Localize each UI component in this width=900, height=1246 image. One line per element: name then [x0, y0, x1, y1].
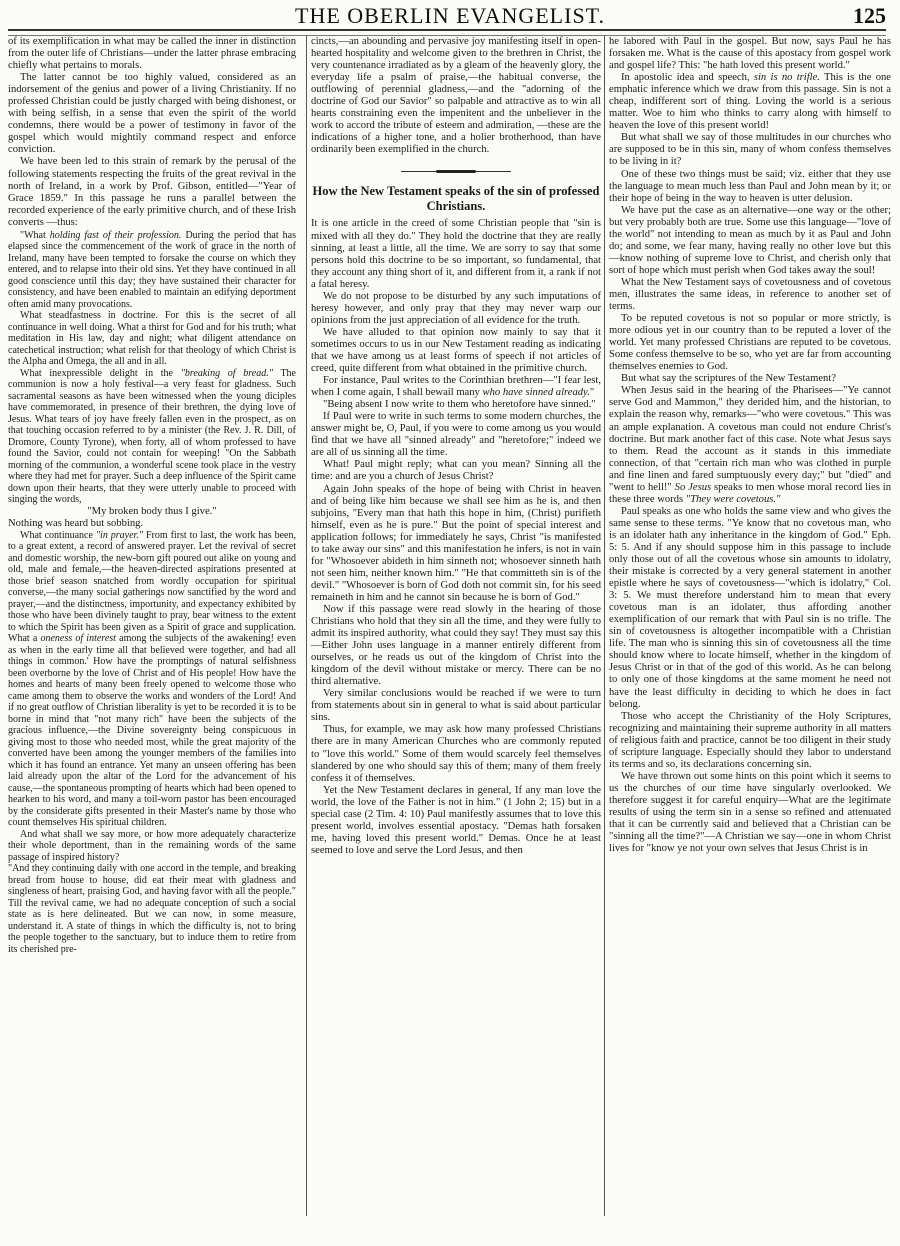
paragraph: Paul speaks as one who holds the same vi… — [609, 506, 891, 711]
paragraph: In apostolic idea and speech, sin is no … — [609, 72, 891, 132]
paragraph: cincts,—an abounding and pervasive joy m… — [311, 36, 601, 156]
text-run: " — [590, 387, 594, 398]
newspaper-title: THE OBERLIN EVANGELIST. — [0, 3, 900, 29]
quoted-paragraph: What inexpressible delight in the "break… — [8, 368, 296, 506]
text-run: When Jesus said in the hearing of the Ph… — [609, 385, 891, 492]
paragraph: Thus, for example, we may ask how many p… — [311, 724, 601, 784]
paragraph: Very similar conclusions would be reache… — [311, 688, 601, 724]
italic-phrase: "breaking of bread." — [181, 368, 273, 379]
paragraph: It is one article in the creed of some C… — [311, 218, 601, 290]
paragraph: "Being absent I now write to them who he… — [311, 399, 601, 411]
paragraph: If Paul were to write in such terms to s… — [311, 411, 601, 459]
text-run: From first to last, the work has been, t… — [8, 530, 296, 645]
paragraph: But what shall we say of those multitude… — [609, 132, 891, 168]
paragraph: The latter cannot be too highly valued, … — [8, 72, 296, 156]
paragraph: he labored with Paul in the gospel. But … — [609, 36, 891, 72]
paragraph: What! Paul might reply; what can you mea… — [311, 459, 601, 483]
section-divider-ornament — [401, 170, 511, 174]
quoted-paragraph: What continuance "in prayer." From first… — [8, 530, 296, 829]
text-run: During the period that has elapsed since… — [8, 230, 296, 310]
text-run: What inexpressible delight in the — [20, 368, 181, 379]
article-heading: How the New Testament speaks of the sin … — [311, 184, 601, 214]
paragraph: Now if this passage were read slowly in … — [311, 604, 601, 688]
column-2: cincts,—an abounding and pervasive joy m… — [306, 36, 601, 1216]
quoted-paragraph: What steadfastness in doctrine. For this… — [8, 310, 296, 368]
masthead: THE OBERLIN EVANGELIST. 125 — [0, 0, 900, 30]
paragraph: Nothing was heard but sobbing. — [8, 518, 296, 530]
italic-phrase: holding fast of their profession. — [50, 230, 182, 241]
italic-phrase: So Jesus — [675, 482, 711, 493]
italic-phrase: oneness of interest — [40, 633, 115, 644]
text-run: The communion is now a holy festival—a v… — [8, 368, 296, 506]
text-run: among the subjects of the awakening! eve… — [8, 633, 296, 828]
italic-phrase: sin is no trifle. — [754, 72, 820, 83]
italic-phrase: "They were covetous." — [686, 494, 781, 505]
paragraph: Those who accept the Christianity of the… — [609, 711, 891, 771]
italic-phrase: "in prayer." — [96, 530, 143, 541]
page-columns: of its exemplification in what may be ca… — [8, 36, 886, 1216]
paragraph: We have been led to this strain of remar… — [8, 156, 296, 228]
paragraph: To be reputed covetous is not so popular… — [609, 313, 891, 373]
column-3: he labored with Paul in the gospel. But … — [604, 36, 891, 1216]
paragraph: of its exemplification in what may be ca… — [8, 36, 296, 72]
verse-line: "My broken body thus I give." — [8, 506, 296, 518]
paragraph: What the New Testament says of covetousn… — [609, 277, 891, 313]
masthead-rule — [8, 29, 886, 36]
paragraph: We have thrown out some hints on this po… — [609, 771, 891, 855]
quoted-paragraph: "What holding fast of their profession. … — [8, 230, 296, 311]
text-run: "What — [20, 230, 50, 241]
paragraph: Yet the New Testament declares in genera… — [311, 785, 601, 857]
column-1: of its exemplification in what may be ca… — [8, 36, 296, 1216]
paragraph: Again John speaks of the hope of being w… — [311, 484, 601, 604]
italic-phrase: who have sinned already. — [483, 387, 590, 398]
quoted-paragraph: "And they continuing daily with one acco… — [8, 863, 296, 955]
page-number: 125 — [853, 3, 886, 29]
paragraph: One of these two things must be said; vi… — [609, 169, 891, 205]
paragraph: When Jesus said in the hearing of the Ph… — [609, 385, 891, 505]
text-run: In apostolic idea and speech, — [621, 72, 754, 83]
paragraph: But what say the scriptures of the New T… — [609, 373, 891, 385]
paragraph: We do not propose to be disturbed by any… — [311, 291, 601, 327]
text-run: What continuance — [20, 530, 96, 541]
quoted-paragraph: And what shall we say more, or how more … — [8, 829, 296, 864]
paragraph: We have put the case as an alternative—o… — [609, 205, 891, 277]
paragraph: For instance, Paul writes to the Corinth… — [311, 375, 601, 399]
paragraph: We have alluded to that opinion now main… — [311, 327, 601, 375]
